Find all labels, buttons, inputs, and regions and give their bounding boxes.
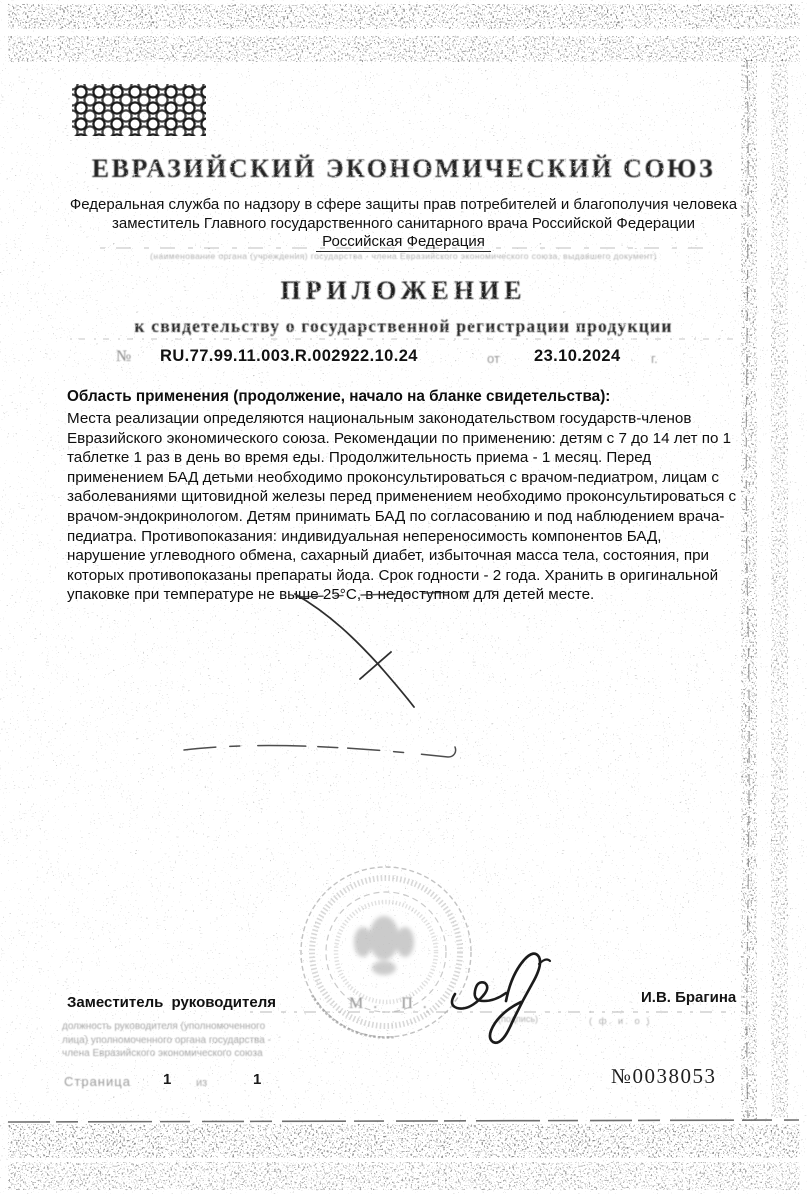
section-paragraph: Места реализации определяются национальн… <box>67 409 737 605</box>
signer-position: Заместитель руководителя <box>67 994 276 1011</box>
document-title: ПРИЛОЖЕНИЕ <box>0 276 807 306</box>
guilloche-emblem <box>72 84 206 136</box>
authority-line-2: заместитель Главного государственного са… <box>0 215 807 232</box>
country-footnote: (наименование органа (учреждения) госуда… <box>0 251 807 261</box>
date-label: от <box>487 351 500 366</box>
registration-number: RU.77.99.11.003.R.002922.10.24 <box>160 347 418 366</box>
section-heading: Область применения (продолжение, начало … <box>67 388 737 406</box>
country-text: Российская Федерация <box>316 233 491 252</box>
signer-name: И.В. Брагина <box>641 989 736 1006</box>
name-footnote: ( ф. и. о ) <box>589 1016 652 1027</box>
top-border-pattern <box>8 4 800 62</box>
union-title: ЕВРАЗИЙСКИЙ ЭКОНОМИЧЕСКИЙ СОЮЗ <box>0 154 807 184</box>
position-footnote: должность руководителя (уполномоченного … <box>62 1020 392 1061</box>
document-subtitle: к свидетельству о государственной регист… <box>0 316 807 337</box>
registration-date: 23.10.2024 <box>534 347 621 366</box>
blank-serial-number: №0038053 <box>611 1064 717 1089</box>
page-label: Страница <box>64 1074 131 1089</box>
handwritten-signature <box>452 954 550 1043</box>
application-scope-section: Область применения (продолжение, начало … <box>67 388 737 605</box>
stamp-place-mark: М. П. <box>349 995 437 1013</box>
page-current: 1 <box>163 1071 171 1088</box>
signature-footnote: (подпись) <box>498 1014 538 1024</box>
date-suffix: г. <box>651 351 658 366</box>
pen-scribble <box>184 591 492 757</box>
authority-line-1: Федеральная служба по надзору в сфере за… <box>0 196 807 213</box>
page-total: 1 <box>253 1071 261 1088</box>
certificate-page: ЕВРАЗИЙСКИЙ ЭКОНОМИЧЕСКИЙ СОЮЗ Федеральн… <box>0 0 807 1194</box>
country-line: Российская Федерация <box>0 233 807 250</box>
bottom-border-pattern <box>8 1120 800 1190</box>
number-label: № <box>116 348 131 366</box>
page-of-label: из <box>196 1077 207 1089</box>
